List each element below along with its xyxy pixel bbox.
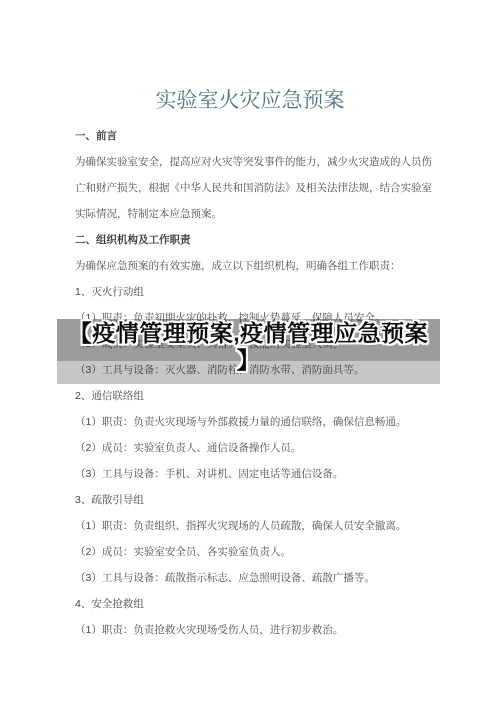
doc-line: 亡和财产损失，根据《中华人民共和国消防法》及相关法律法规，结合实验室: [75, 175, 480, 201]
watermark-text-line2: 】: [237, 346, 261, 374]
document-page: 实验室火灾应急预案 一、前言为确保实验室安全，提高应对火灾等突发事件的能力，减少…: [0, 0, 500, 706]
doc-line: 实际情况，特制定本应急预案。: [75, 201, 480, 227]
doc-line: 2、通信联络组: [75, 383, 480, 409]
doc-line: 为确保应急预案的有效实施，成立以下组织机构，明确各组工作职责：: [75, 253, 480, 279]
watermark-overlay: 【疫情管理预案,疫情管理应急预案 】: [57, 319, 440, 384]
doc-line: （2）成员：实验室安全员、各实验室负责人。: [75, 539, 480, 565]
doc-line: 二、组织机构及工作职责: [75, 227, 480, 253]
watermark-text-line1: 【疫情管理预案,疫情管理应急预案: [69, 320, 428, 346]
doc-line: （1）职责：负责组织、指挥火灾现场的人员疏散，确保人员安全撤离。: [75, 513, 480, 539]
doc-line: 3、疏散引导组: [75, 487, 480, 513]
doc-line: （3）工具与设备：手机、对讲机、固定电话等通信设备。: [75, 461, 480, 487]
doc-line: （3）工具与设备：疏散指示标志、应急照明设备、疏散广播等。: [75, 565, 480, 591]
doc-line: （2）成员：实验室负责人、通信设备操作人员。: [75, 435, 480, 461]
doc-line: 为确保实验室安全，提高应对火灾等突发事件的能力，减少火灾造成的人员伤: [75, 149, 480, 175]
document-title: 实验室火灾应急预案: [0, 84, 500, 114]
doc-line: 4、安全抢救组: [75, 591, 480, 617]
doc-line: 一、前言: [75, 123, 480, 149]
doc-line: （1）职责：负责抢救火灾现场受伤人员，进行初步救治。: [75, 617, 480, 643]
doc-line: 1、灭火行动组: [75, 279, 480, 305]
doc-line: （1）职责：负责火灾现场与外部救援力量的通信联络，确保信息畅通。: [75, 409, 480, 435]
